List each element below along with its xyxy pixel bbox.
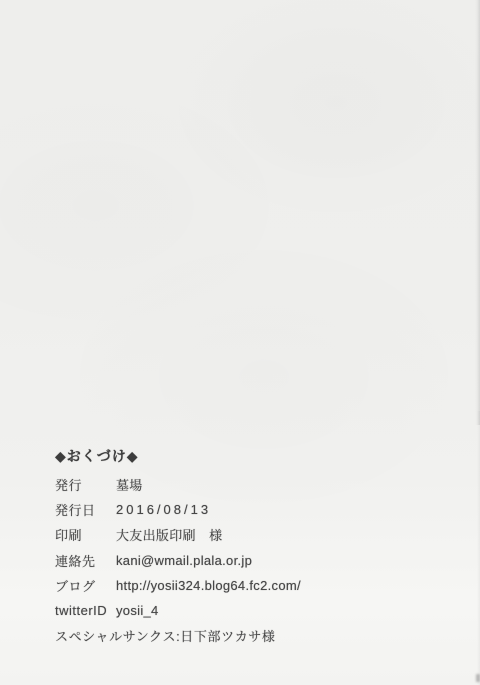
twitter-id-value: yosii_4 bbox=[116, 603, 159, 618]
twitter-id-label: twitterID bbox=[55, 603, 116, 618]
blog-url-value: http://yosii324.blog64.fc2.com/ bbox=[116, 578, 301, 593]
colophon-row-contact: 連絡先 kani@wmail.plala.or.jp bbox=[55, 548, 455, 573]
colophon-row-twitter: twitterID yosii_4 bbox=[55, 598, 455, 623]
printer-value: 大友出版印刷 様 bbox=[116, 525, 222, 544]
page-corner-mark bbox=[476, 674, 480, 682]
blog-label: ブログ bbox=[55, 576, 116, 595]
printer-label: 印刷 bbox=[55, 525, 116, 544]
special-thanks: スペシャルサンクス:日下部ツカサ様 bbox=[55, 623, 455, 648]
colophon-row-printer: 印刷 大友出版印刷 様 bbox=[55, 522, 455, 547]
contact-email-value: kani@wmail.plala.or.jp bbox=[116, 553, 252, 568]
colophon-row-publisher: 発行 墓場 bbox=[55, 472, 455, 497]
scanned-page: ◆おくづけ◆ 発行 墓場 発行日 2016/08/13 印刷 大友出版印刷 様 … bbox=[0, 0, 480, 685]
colophon-row-blog: ブログ http://yosii324.blog64.fc2.com/ bbox=[55, 573, 455, 598]
colophon-row-publish-date: 発行日 2016/08/13 bbox=[55, 497, 455, 522]
page-edge-shadow bbox=[475, 0, 480, 425]
colophon-title: ◆おくづけ◆ bbox=[55, 448, 455, 465]
colophon-block: ◆おくづけ◆ 発行 墓場 発行日 2016/08/13 印刷 大友出版印刷 様 … bbox=[55, 448, 455, 648]
publisher-value: 墓場 bbox=[116, 475, 143, 494]
contact-label: 連絡先 bbox=[55, 551, 116, 570]
publish-date-label: 発行日 bbox=[55, 500, 116, 519]
publisher-label: 発行 bbox=[55, 475, 116, 494]
publish-date-value: 2016/08/13 bbox=[116, 502, 211, 517]
